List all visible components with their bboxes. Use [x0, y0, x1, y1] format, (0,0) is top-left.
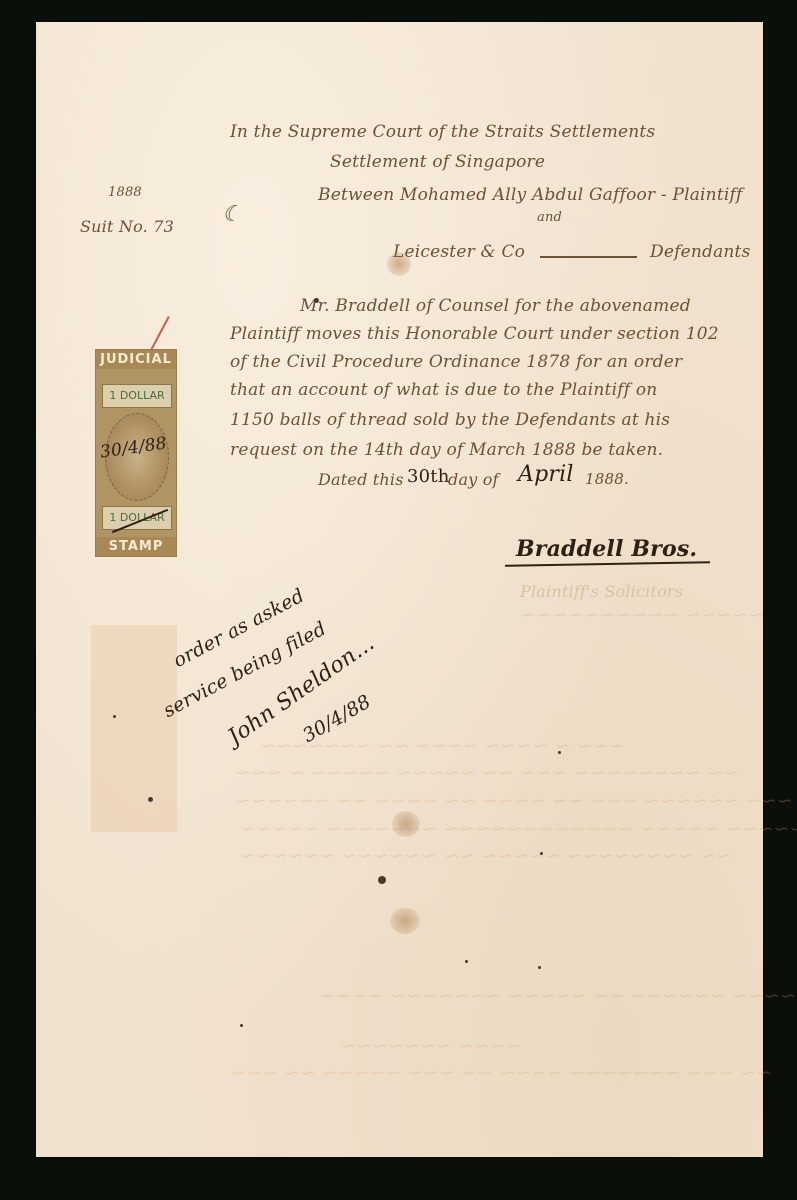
solicitor-role: Plaintiff's Solicitors: [520, 582, 683, 601]
and-label: and: [537, 210, 562, 225]
stain-blot: [387, 252, 411, 276]
dated-prefix: Dated this: [318, 470, 404, 489]
foxing-spot: [538, 966, 541, 969]
dated-day: 30th: [407, 466, 450, 487]
motion-line-2: Plaintiff moves this Honorable Court und…: [230, 324, 719, 344]
foxing-spot: [113, 715, 116, 718]
bleed-through-text: ~~ ~~~~~~~~ ~~~ ~~ ~~~~~ ~~~~~ ~ ~~~: [235, 762, 739, 784]
motion-line-5: 1150 balls of thread sold by the Defenda…: [230, 410, 670, 430]
motion-line-4: that an account of what is due to the Pl…: [230, 380, 657, 400]
motion-line-6: request on the 14th day of March 1888 be…: [230, 440, 663, 460]
bleed-through-text: ~~~~~ ~~~~~ ~~~~~~~~~~~~ ~~~~~~~ ~~~~~: [240, 818, 797, 840]
defendant-label: Defendants: [650, 242, 751, 262]
stain-blot: [392, 811, 420, 837]
judicial-stamp: JUDICIAL 1 DOLLAR 1 DOLLAR STAMP 30/4/88: [95, 349, 177, 557]
motion-line-3: of the Civil Procedure Ordinance 1878 fo…: [230, 352, 682, 372]
defendant-dash-line: [540, 256, 637, 258]
brace-mark: ☾: [222, 202, 242, 227]
foxing-spot: [558, 751, 561, 754]
stamp-top-label: JUDICIAL: [96, 350, 176, 369]
stamp-residue-stain: [91, 625, 177, 832]
bleed-through-text: ~~~~~ ~~~~~~ ~~ ~~~~~ ~~~~~~~ ~~~~: [320, 985, 797, 1007]
margin-year: 1888: [108, 185, 142, 200]
foxing-spot: [314, 298, 319, 303]
dated-month: April: [518, 462, 574, 487]
bleed-through-text: ~~ ~~~~~~~~ ~~~~~ ~~ ~~~~~~ ~~~~~~: [240, 845, 732, 867]
foxing-spot: [540, 852, 543, 855]
foxing-spot: [148, 797, 153, 802]
margin-suit-number: Suit No. 73: [80, 217, 174, 236]
dated-year: 1888.: [585, 470, 629, 488]
stain-blot: [390, 908, 420, 934]
stamp-bottom-label: STAMP: [96, 537, 176, 556]
plaintiff-line: Between Mohamed Ally Abdul Gaffoor - Pla…: [318, 185, 743, 205]
dated-middle: day of: [448, 470, 499, 489]
foxing-spot: [465, 960, 468, 963]
bleed-through-text: ~~ ~~~ ~~~~~~~ ~~~~ ~~ ~~~ ~~~~~ ~~ ~~~: [230, 1062, 772, 1084]
defendant-name: Leicester & Co: [393, 242, 525, 262]
stamp-value-bottom: 1 DOLLAR: [102, 506, 172, 530]
bleed-through-text: ~~~~ ~~~~~~~: [340, 1035, 521, 1057]
court-heading-line2: Settlement of Singapore: [330, 152, 545, 172]
bleed-through-text: ~~~ ~~~~~~ ~~~ ~~ ~~~~ ~~ ~~~~ ~~ ~~~~~~: [235, 790, 793, 812]
solicitor-signature: Braddell Bros.: [516, 536, 697, 562]
foxing-spot: [240, 1024, 243, 1027]
bleed-through-text: ~~~~~ ~~~~~~~~~~: [520, 604, 765, 626]
foxing-spot: [378, 876, 386, 884]
stamp-value-top: 1 DOLLAR: [102, 384, 172, 408]
motion-line-1: Mr. Braddell of Counsel for the abovenam…: [300, 296, 691, 316]
court-heading-line1: In the Supreme Court of the Straits Sett…: [230, 122, 655, 142]
